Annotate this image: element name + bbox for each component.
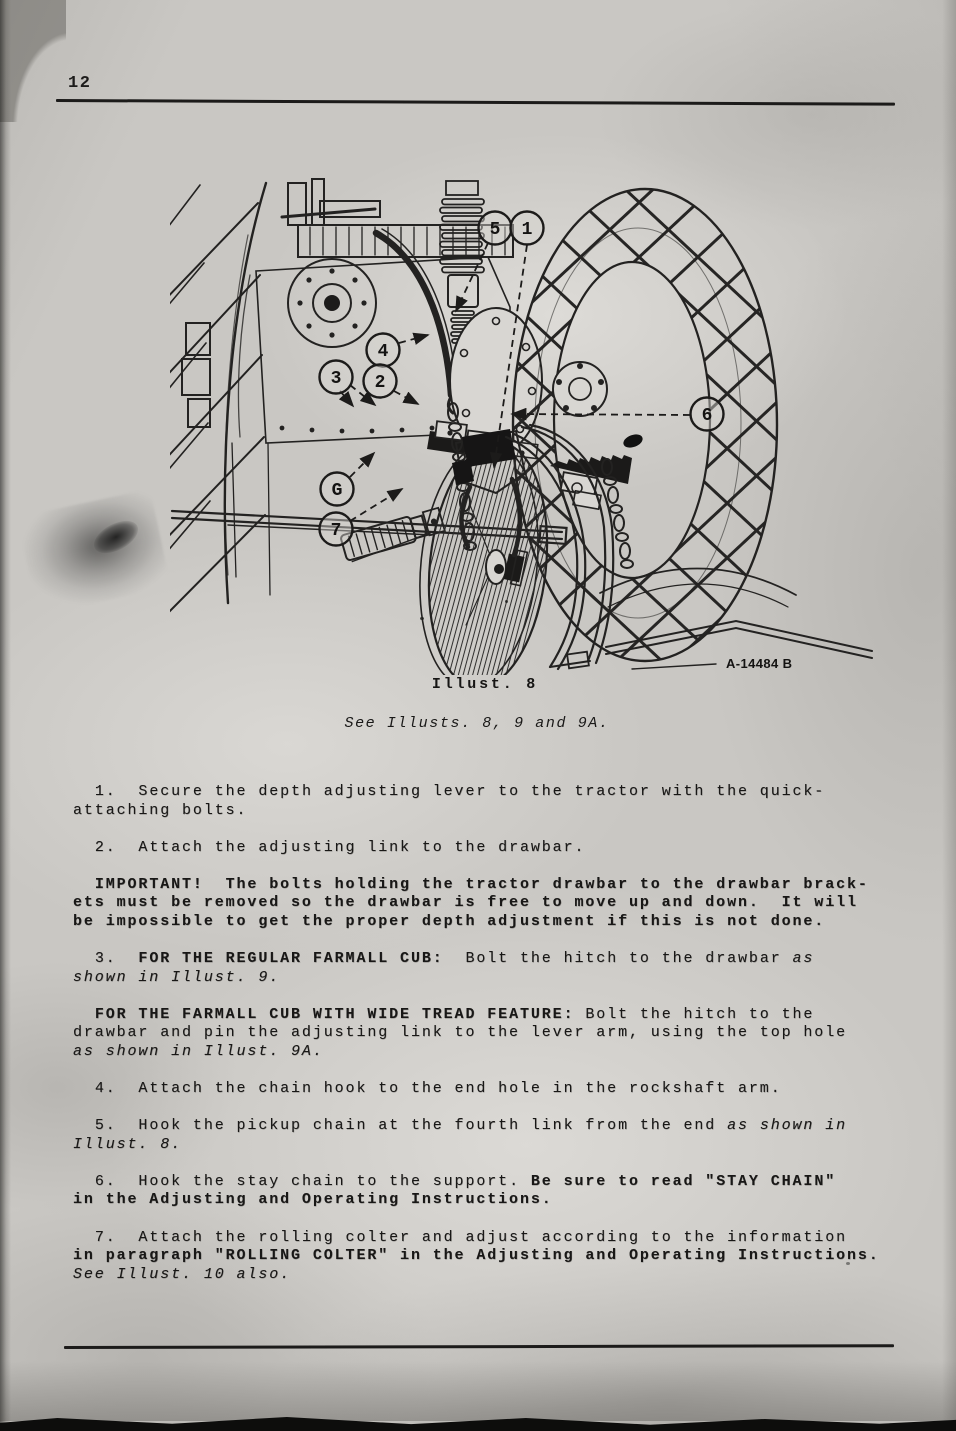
callout-label-7: 7 xyxy=(331,521,342,541)
tractor-wheel xyxy=(513,189,777,661)
paragraph-step-5: 5. Hook the pickup chain at the fourth l… xyxy=(73,1117,918,1154)
page-number: 12 xyxy=(68,74,91,93)
callout-label-1: 1 xyxy=(522,220,533,240)
manual-page: 12 xyxy=(0,0,956,1431)
paper-speck xyxy=(420,617,424,620)
body-text: 1. Secure the depth adjusting lever to t… xyxy=(73,783,918,1303)
callout-label-G: G xyxy=(332,481,343,501)
figure-illustration: 514326G7 A-14484 B xyxy=(170,175,890,675)
callout-label-6: 6 xyxy=(702,406,713,426)
paragraph-step-6: 6. Hook the stay chain to the support. B… xyxy=(73,1173,918,1210)
ink-stain xyxy=(17,489,171,615)
paragraph-step-3: 3. FOR THE REGULAR FARMALL CUB: Bolt the… xyxy=(73,950,918,987)
page-bottom-shadow xyxy=(0,1361,956,1421)
paragraph-important-note: IMPORTANT! The bolts holding the tractor… xyxy=(73,876,918,932)
paragraph-step-4: 4. Attach the chain hook to the end hole… xyxy=(73,1080,918,1099)
callout-label-2: 2 xyxy=(375,373,386,393)
top-rule xyxy=(56,99,895,105)
paragraph-step-7: 7. Attach the rolling colter and adjust … xyxy=(73,1229,918,1285)
left-wheel-fragment xyxy=(170,183,266,615)
figure-subcaption: See Illusts. 8, 9 and 9A. xyxy=(0,715,954,732)
paper-speck xyxy=(505,600,508,603)
callout-label-4: 4 xyxy=(378,342,389,362)
paragraph-step-1: 1. Secure the depth adjusting lever to t… xyxy=(73,783,918,820)
callout-label-3: 3 xyxy=(331,369,342,389)
figure-ref-code: A-14484 B xyxy=(726,656,792,671)
bottom-rule xyxy=(64,1344,894,1348)
paragraph-wide-tread-note: FOR THE FARMALL CUB WITH WIDE TREAD FEAT… xyxy=(73,1006,918,1062)
paper-speck xyxy=(846,1262,850,1265)
callout-label-5: 5 xyxy=(490,220,501,240)
figure-caption: Illust. 8 xyxy=(0,676,956,693)
paragraph-step-2: 2. Attach the adjusting link to the draw… xyxy=(73,839,918,858)
